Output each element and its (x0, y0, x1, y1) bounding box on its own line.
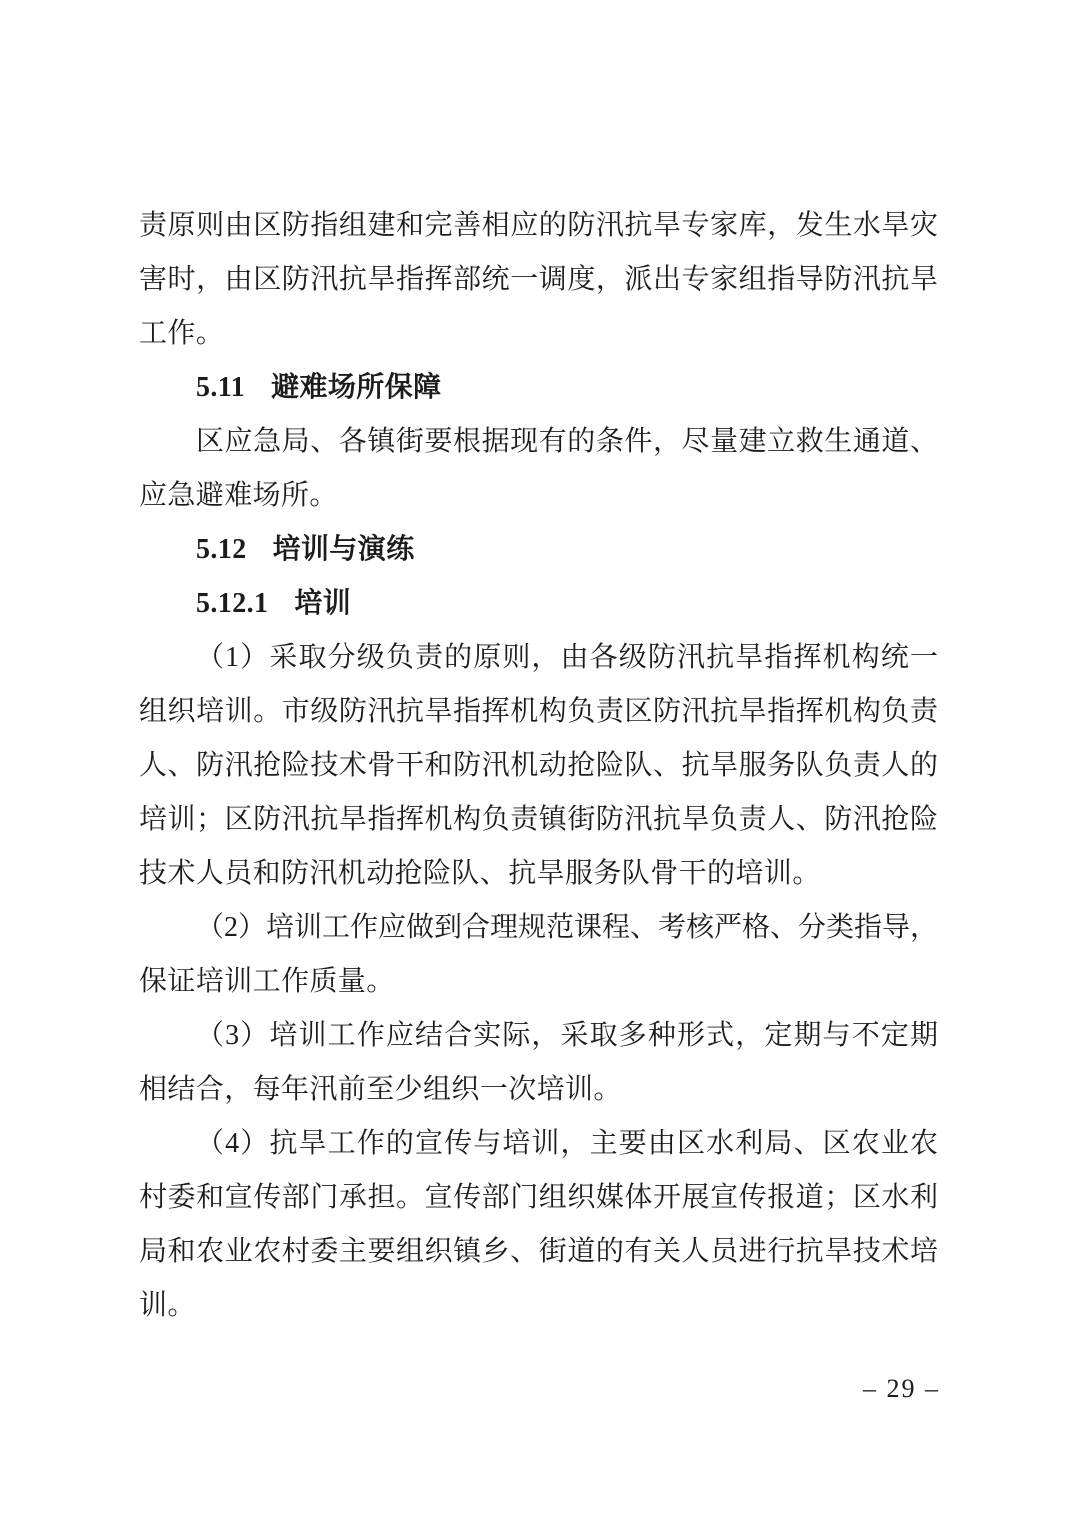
body-line: （2）培训工作应做到合理规范课程、考核严格、分类指导， (139, 901, 938, 955)
body-line: 区应急局、各镇街要根据现有的条件，尽量建立救生通道、 (139, 415, 938, 469)
body-line: 责原则由区防指组建和完善相应的防汛抗旱专家库，发生水旱灾 (139, 199, 938, 253)
document-page: 责原则由区防指组建和完善相应的防汛抗旱专家库，发生水旱灾 害时，由区防汛抗旱指挥… (0, 0, 1074, 1520)
body-line: （4）抗旱工作的宣传与培训，主要由区水利局、区农业农 (139, 1117, 938, 1171)
body-line: 害时，由区防汛抗旱指挥部统一调度，派出专家组指导防汛抗旱 (139, 253, 938, 307)
page-number: – 29 – (863, 1372, 940, 1406)
body-line: 局和农业农村委主要组织镇乡、街道的有关人员进行抗旱技术培 (139, 1225, 938, 1279)
section-title: 培训与演练 (273, 534, 415, 565)
body-line: 相结合，每年汛前至少组织一次培训。 (139, 1063, 938, 1117)
section-title: 培训 (294, 588, 351, 619)
body-line: 工作。 (139, 307, 938, 361)
body-line: 技术人员和防汛机动抢险队、抗旱服务队骨干的培训。 (139, 847, 938, 901)
section-number: 5.12.1 (196, 588, 268, 619)
body-line: （1）采取分级负责的原则，由各级防汛抗旱指挥机构统一 (139, 631, 938, 685)
body-line: 组织培训。市级防汛抗旱指挥机构负责区防汛抗旱指挥机构负责 (139, 685, 938, 739)
section-title: 避难场所保障 (271, 372, 441, 403)
section-number: 5.12 (196, 534, 247, 565)
section-number: 5.11 (196, 372, 245, 403)
body-line: 训。 (139, 1279, 938, 1333)
section-heading-5-11: 5.11避难场所保障 (139, 361, 938, 415)
text-block: 责原则由区防指组建和完善相应的防汛抗旱专家库，发生水旱灾 害时，由区防汛抗旱指挥… (139, 199, 938, 1333)
body-line: 保证培训工作质量。 (139, 955, 938, 1009)
body-line: 应急避难场所。 (139, 469, 938, 523)
body-line: 村委和宣传部门承担。宣传部门组织媒体开展宣传报道；区水利 (139, 1171, 938, 1225)
body-line: 人、防汛抢险技术骨干和防汛机动抢险队、抗旱服务队负责人的 (139, 739, 938, 793)
body-line: 培训；区防汛抗旱指挥机构负责镇街防汛抗旱负责人、防汛抢险 (139, 793, 938, 847)
section-heading-5-12-1: 5.12.1培训 (139, 577, 938, 631)
section-heading-5-12: 5.12培训与演练 (139, 523, 938, 577)
body-line: （3）培训工作应结合实际，采取多种形式，定期与不定期 (139, 1009, 938, 1063)
